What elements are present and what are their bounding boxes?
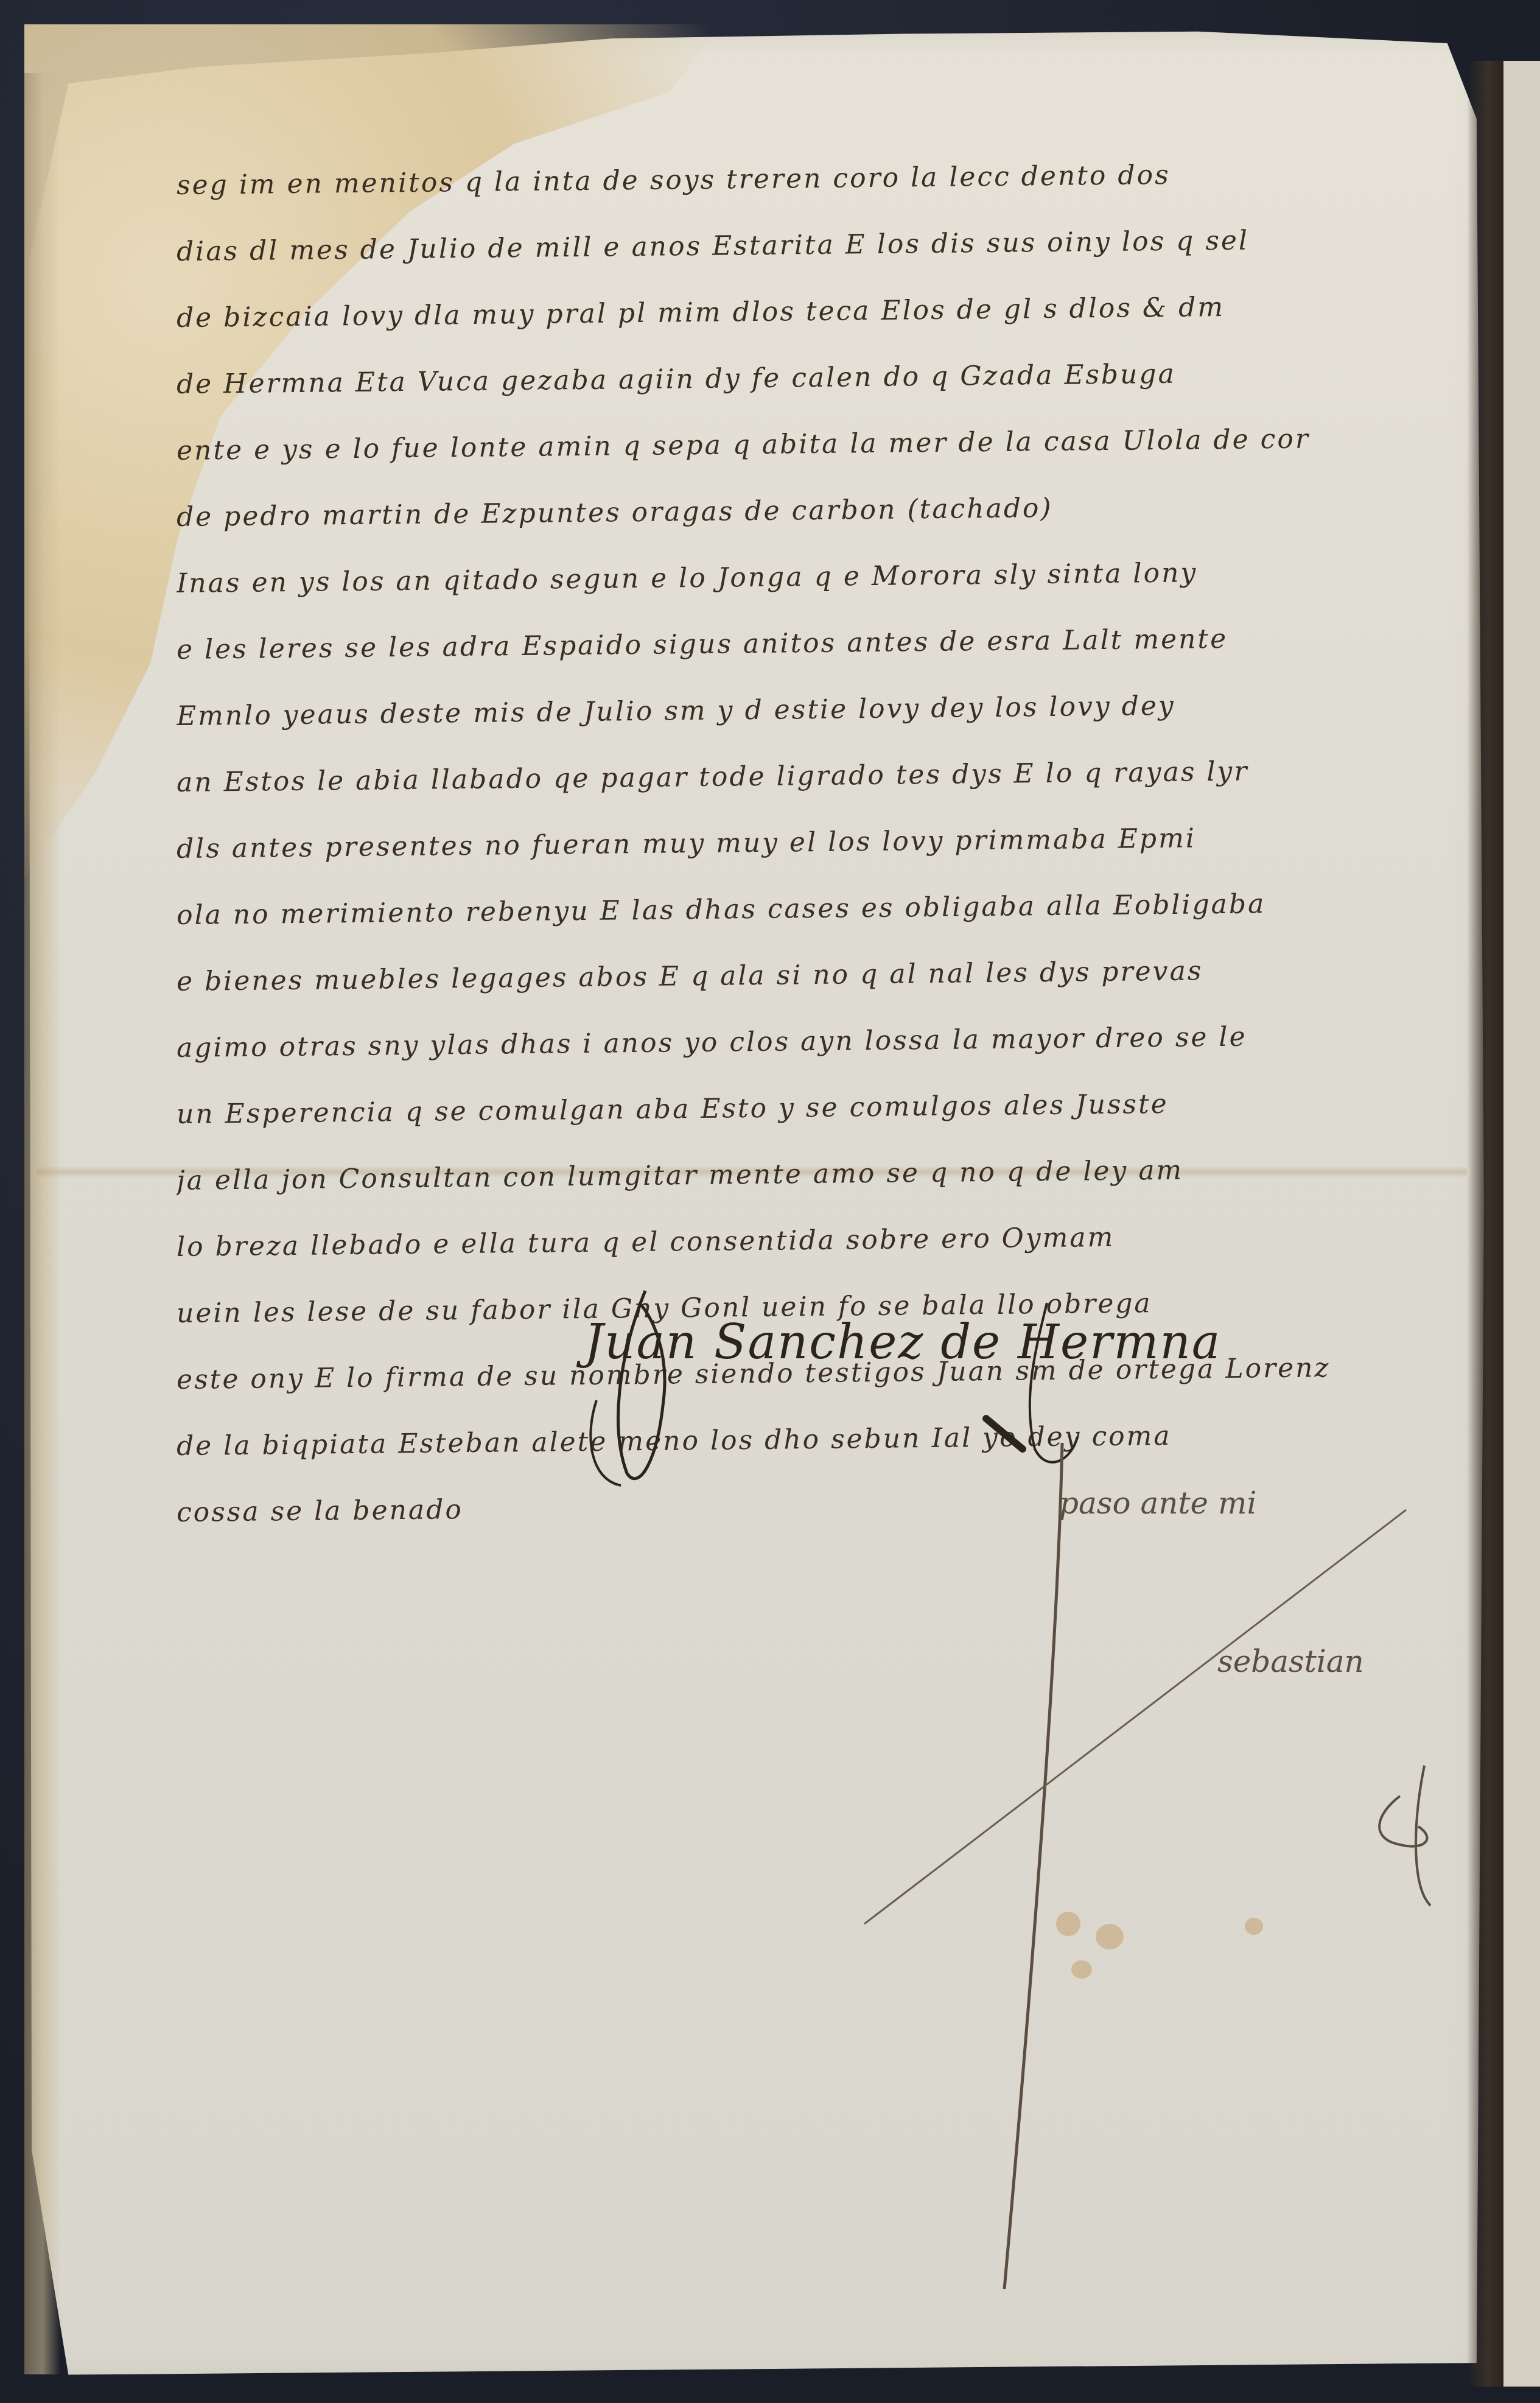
notarial-marks [0, 0, 1540, 2403]
witness-note: paso ante mi [1059, 1486, 1256, 1521]
witness-note: sebastian [1217, 1644, 1364, 1679]
